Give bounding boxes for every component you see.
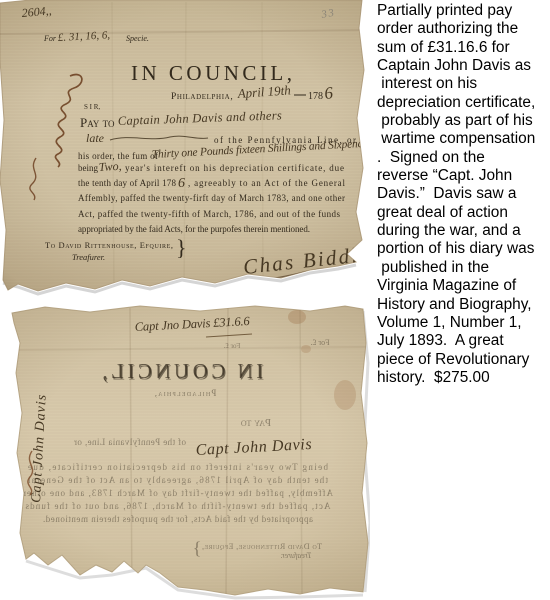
back-mirror-brace: } (193, 538, 202, 558)
back-mirror-pay: Pay to (241, 417, 271, 429)
front-line-appropriated: appropriated by the faid Acts, for the p… (78, 224, 310, 234)
back-bleed-line-3: Affembly, paffed the twenty-firft day of… (23, 488, 333, 498)
back-mirror-addressee1: To David Rittenhouse, Efquire, (202, 542, 322, 551)
back-mirror-heading: IN COUNCIL, (99, 359, 264, 383)
front-line-april-rest: , agreeably to an Act of the General (188, 178, 345, 188)
back-stain-2 (334, 380, 356, 410)
back-mirror-addressee2: Treafurer. (280, 551, 311, 560)
front-years-script: Two, (98, 159, 121, 174)
front-line-april-digit: 6 (178, 176, 185, 191)
document-back-photo: Capt Jno Davis £31.6.6 For £. For £. IN … (0, 303, 370, 600)
front-docket-number: 2604,, (21, 3, 52, 20)
front-line-interest: year's intereft on his depreciation cert… (125, 163, 344, 173)
back-stain-3 (301, 345, 311, 353)
front-line-act: Act, paffed the twenty-fifth of March, 1… (78, 209, 340, 219)
front-pencil-number: 33 (319, 7, 336, 21)
front-place: Philadelphia, (171, 92, 234, 102)
front-salutation: S I R, (84, 103, 100, 111)
front-for-label: For (43, 34, 57, 43)
back-mirror-for: For £. (310, 338, 329, 347)
back-bleed-line-2: the tenth day of April 1786, agreeably t… (28, 475, 328, 485)
listing-page: 2604,, 33 For £. 31, 16, 6, Specie. IN C… (0, 0, 550, 600)
front-addressee-line2: Treafurer. (72, 252, 105, 262)
front-late-script: late (86, 131, 105, 145)
back-docket-smudge: For £. (223, 342, 240, 350)
front-pay-label: Pay to (80, 115, 115, 130)
back-bleed-line-4: Act, paffed the twenty-fifth of March, 1… (25, 501, 330, 511)
front-addressee-line1: To David Rittenhouse, Efquire, (45, 240, 173, 250)
document-front-photo: 2604,, 33 For £. 31, 16, 6, Specie. IN C… (0, 0, 370, 300)
front-year-printed: 178 (308, 91, 323, 102)
back-bleed-line-5: appropriated by the faid Acts, for the p… (43, 514, 313, 524)
back-stain-1 (288, 310, 306, 324)
front-specie-label: Specie. (126, 34, 149, 43)
front-line-assembly: Affembly, paffed the twenty-firft day of… (78, 193, 345, 203)
back-mirror-place: Philadelphia, (154, 388, 217, 398)
back-mirror-line-unit: of the Pennfylvania Line, or (74, 437, 186, 447)
front-line-being: being (78, 163, 98, 173)
front-heading: IN COUNCIL, (131, 61, 296, 85)
front-line-april: the tenth day of April 178 (78, 178, 177, 188)
listing-description: Partially printed pay order authorizing … (377, 2, 550, 387)
back-bleed-line-1: being Two year's intereft on his depreci… (28, 462, 328, 472)
front-addressee-brace: } (176, 235, 187, 260)
